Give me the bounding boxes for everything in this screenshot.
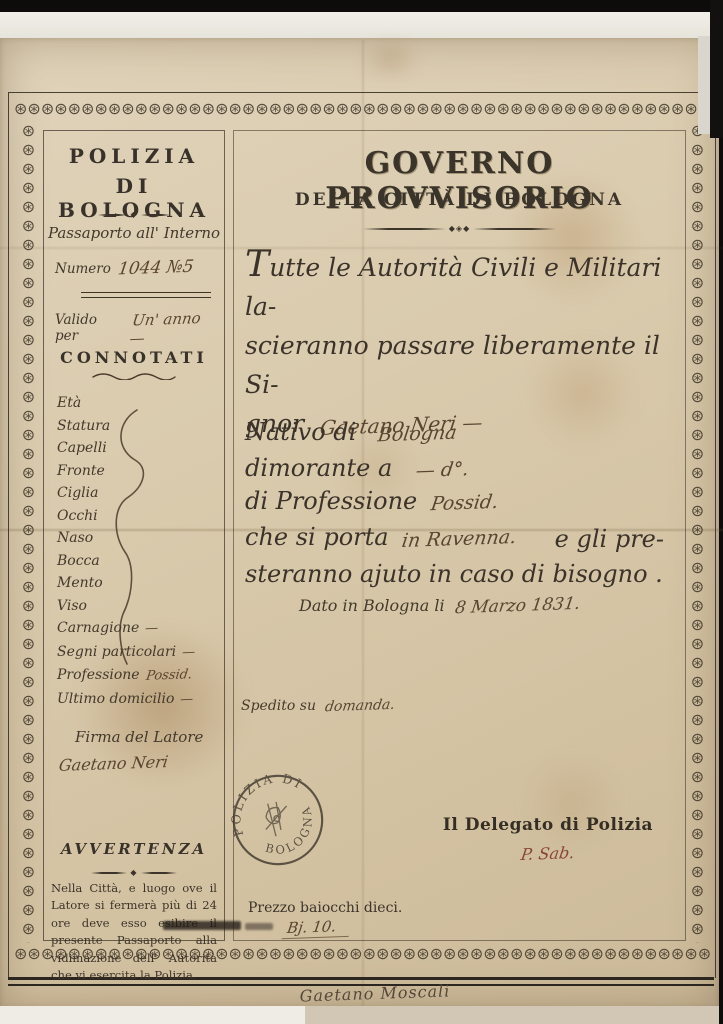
main-paragraph-lastline: steranno ajuto in caso di bisogno . xyxy=(245,560,678,588)
professione-label: di Professione xyxy=(245,487,417,515)
nativo-handwritten-value: Bologna xyxy=(376,422,458,447)
divider-ornament: ◆ xyxy=(91,868,177,877)
connotati-label: Occhi xyxy=(57,505,98,528)
connotati-label: Capelli xyxy=(57,437,107,460)
police-title-line1: POLIZIA xyxy=(43,144,225,168)
porta-label: che si porta xyxy=(245,523,389,551)
dimorante-label: dimorante a xyxy=(245,454,392,482)
avvertenza-title: AVVERTENZA xyxy=(43,840,225,858)
ornament-border-left: ⊛⊛⊛⊛⊛⊛⊛⊛⊛⊛⊛⊛⊛⊛⊛⊛⊛⊛⊛⊛⊛⊛⊛⊛⊛⊛⊛⊛⊛⊛⊛⊛⊛⊛⊛⊛⊛⊛⊛⊛… xyxy=(15,121,40,943)
connotati-label: Ultimo domicilio xyxy=(57,688,174,711)
connotati-label: Mento xyxy=(57,572,103,595)
connotati-handwritten-value: — xyxy=(179,688,195,711)
wavy-underline xyxy=(91,372,177,380)
connotati-label: Statura xyxy=(57,415,110,438)
smudged-stamp xyxy=(163,921,241,930)
ornament-border-right: ⊛⊛⊛⊛⊛⊛⊛⊛⊛⊛⊛⊛⊛⊛⊛⊛⊛⊛⊛⊛⊛⊛⊛⊛⊛⊛⊛⊛⊛⊛⊛⊛⊛⊛⊛⊛⊛⊛⊛⊛… xyxy=(684,121,709,943)
connotati-handwritten-value: Possid. xyxy=(144,664,193,688)
prezzo-handwritten-value: Bj. 10. xyxy=(282,917,352,939)
connotati-row: Ultimo domicilio — xyxy=(57,688,217,712)
date-handwritten-value: 8 Marzo 1831. xyxy=(453,594,581,618)
connotati-label: Viso xyxy=(57,595,87,618)
numero-label: Numero xyxy=(55,261,111,277)
valido-label: Valido per xyxy=(55,312,124,344)
prezzo-label: Prezzo baiocchi dieci. xyxy=(248,900,402,916)
dato-label: Dato in Bologna li xyxy=(299,596,445,615)
destination-handwritten-value: in Ravenna. xyxy=(401,526,518,552)
main-paragraph-line1: Tutte le Autorità Civili e Militari la- xyxy=(245,248,678,326)
delegato-label: Il Delegato di Polizia xyxy=(433,815,663,835)
stamp-emblem xyxy=(254,795,297,838)
connotati-label: Fronte xyxy=(57,460,105,483)
connotati-label: Bocca xyxy=(57,550,100,573)
connotati-label: Ciglia xyxy=(57,482,98,505)
firma-label: Firma del Latore xyxy=(75,728,203,746)
government-subtitle: DELLA CITTÀ DI BOLOGNA xyxy=(233,190,686,210)
scan-edge-shadow xyxy=(710,0,723,138)
porta-suffix: e gli pre- xyxy=(555,525,664,553)
left-column: POLIZIA DI BOLOGNA ◆ Passaporto all' Int… xyxy=(43,130,225,941)
spedito-handwritten-value: domanda. xyxy=(324,697,396,716)
scan-top-shadow xyxy=(0,0,723,12)
scan-edge-strip xyxy=(305,1006,719,1024)
firma-handwritten-signature: Gaetano Neri xyxy=(58,752,170,775)
scan-edge-strip xyxy=(0,1006,305,1024)
valido-handwritten-value: Un' anno — xyxy=(129,308,222,347)
divider-ornament: ◆ xyxy=(98,210,170,219)
connotati-title: CONNOTATI xyxy=(43,348,225,367)
smudged-stamp xyxy=(245,923,273,930)
numero-double-underline xyxy=(81,292,211,298)
passport-type-label: Passaporto all' Interno xyxy=(43,224,225,242)
dimorante-handwritten-value: — d°. xyxy=(414,458,470,482)
connotati-label: Naso xyxy=(57,527,93,550)
connotati-label: Età xyxy=(57,392,81,415)
scan-edge-strip xyxy=(0,11,723,40)
avvertenza-paragraph: Nella Città, e luogo ove il Latore si fe… xyxy=(51,880,217,984)
numero-handwritten-value: 1044 №5 xyxy=(117,257,195,280)
brace-squiggle xyxy=(109,408,149,668)
main-paragraph-line2: scieranno passare liberamente il Si- xyxy=(245,326,678,404)
spedito-label: Spedito su xyxy=(241,698,316,714)
delegato-handwritten-signature: P. Sab. xyxy=(520,843,576,864)
connotati-handwritten-value: — xyxy=(181,641,197,664)
ornament-border-top: ⊛⊛⊛⊛⊛⊛⊛⊛⊛⊛⊛⊛⊛⊛⊛⊛⊛⊛⊛⊛⊛⊛⊛⊛⊛⊛⊛⊛⊛⊛⊛⊛⊛⊛⊛⊛⊛⊛⊛⊛… xyxy=(14,97,710,122)
nativo-label: Nativo di xyxy=(245,418,356,446)
divider-ornament: ◆◈◆ xyxy=(363,224,556,233)
professione-handwritten-value: Possid. xyxy=(429,491,499,515)
